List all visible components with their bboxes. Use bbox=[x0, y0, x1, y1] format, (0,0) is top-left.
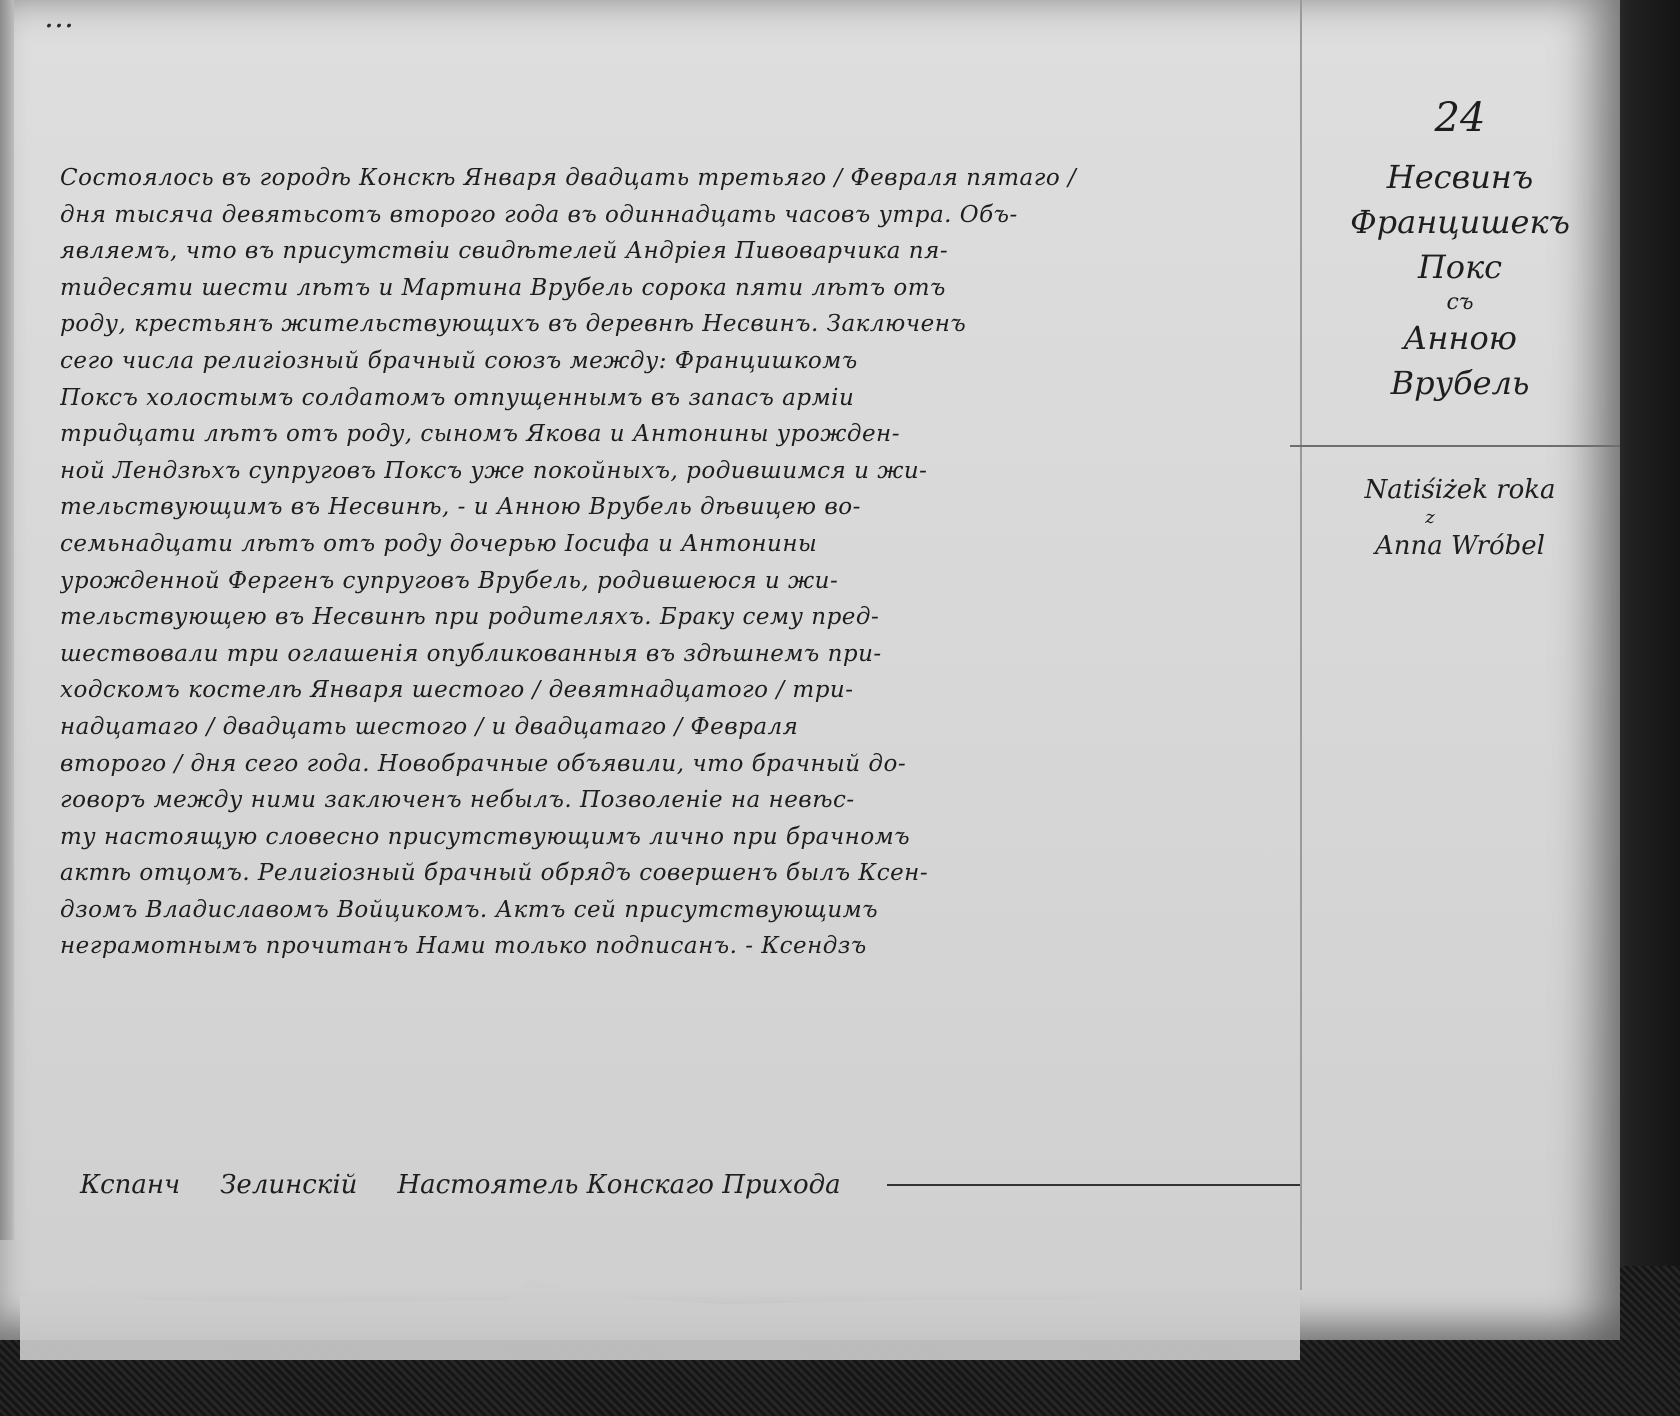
torn-paper-edge bbox=[20, 1280, 1300, 1360]
body-line: роду, крестьянъ жительствующихъ въ дерев… bbox=[60, 306, 1290, 343]
margin-groom-name: Францишекъ bbox=[1310, 200, 1610, 245]
signature: Зелинскій bbox=[220, 1170, 357, 1200]
body-line: дзомъ Владиславомъ Войцикомъ. Актъ сей п… bbox=[60, 892, 1290, 929]
margin-separator-rule bbox=[1290, 445, 1620, 447]
body-line: шествовали три оглашенія опубликованныя … bbox=[60, 636, 1290, 673]
body-line: тидесяти шести лѣтъ и Мартина Врубель со… bbox=[60, 270, 1290, 307]
body-line: неграмотнымъ прочитанъ Нами только подпи… bbox=[60, 928, 1290, 965]
body-line: тельствующимъ въ Несвинѣ, - и Анною Вруб… bbox=[60, 489, 1290, 526]
annotation-line: Anna Wróbel bbox=[1300, 526, 1620, 566]
body-line: ходскомъ костелѣ Января шестого / девятн… bbox=[60, 672, 1290, 709]
annotation-line: Natiśiżek roka bbox=[1300, 470, 1620, 510]
body-line: Поксъ холостымъ солдатомъ отпущеннымъ въ… bbox=[60, 380, 1290, 417]
record-body: Состоялось въ городѣ Конскѣ Января двадц… bbox=[60, 160, 1290, 965]
body-line: актѣ отцомъ. Религіозный брачный обрядъ … bbox=[60, 855, 1290, 892]
margin-bride-surname: Врубель bbox=[1310, 361, 1610, 406]
body-line: урожденной Фергенъ супруговъ Врубель, ро… bbox=[60, 563, 1290, 600]
signature-dash bbox=[887, 1184, 1300, 1186]
body-line: сего числа религіозный брачный союзъ меж… bbox=[60, 343, 1290, 380]
margin-heading: 24 Несвинъ Францишекъ Покс съ Анною Вруб… bbox=[1310, 95, 1610, 406]
signature: Кспанч bbox=[80, 1170, 180, 1200]
signature: Настоятель Конскаго Прихода bbox=[397, 1170, 840, 1200]
margin-connector: съ bbox=[1310, 290, 1610, 316]
page-edge bbox=[0, 0, 14, 1240]
margin-column-rule bbox=[1300, 0, 1302, 1290]
register-page: … Состоялось въ городѣ Конскѣ Января два… bbox=[0, 0, 1620, 1340]
body-line: тельствующею въ Несвинѣ при родителяхъ. … bbox=[60, 599, 1290, 636]
body-line: семьнадцати лѣтъ отъ роду дочерью Іосифа… bbox=[60, 526, 1290, 563]
body-line: ной Лендзѣхъ супруговъ Поксъ уже покойны… bbox=[60, 453, 1290, 490]
body-line: тридцати лѣтъ отъ роду, сыномъ Якова и А… bbox=[60, 416, 1290, 453]
top-fragment-text: … bbox=[44, 0, 74, 35]
annotation-superscript: z bbox=[1240, 510, 1620, 526]
body-line: ту настоящую словесно присутствующимъ ли… bbox=[60, 819, 1290, 856]
margin-village: Несвинъ bbox=[1310, 155, 1610, 200]
margin-groom-surname: Покс bbox=[1310, 245, 1610, 290]
body-line: Состоялось въ городѣ Конскѣ Января двадц… bbox=[60, 160, 1290, 197]
signature-line: Кспанч Зелинскій Настоятель Конскаго При… bbox=[80, 1170, 1300, 1200]
body-line: говоръ между ними заключенъ небылъ. Позв… bbox=[60, 782, 1290, 819]
margin-bride-name: Анною bbox=[1310, 316, 1610, 361]
body-line: являемъ, что въ присутствіи свидѣтелей А… bbox=[60, 233, 1290, 270]
margin-annotation: Natiśiżek roka z Anna Wróbel bbox=[1300, 470, 1620, 566]
body-line: надцатаго / двадцать шестого / и двадцат… bbox=[60, 709, 1290, 746]
body-line: второго / дня сего года. Новобрачные объ… bbox=[60, 746, 1290, 783]
entry-number: 24 bbox=[1310, 95, 1610, 141]
body-line: дня тысяча девятьсотъ второго года въ од… bbox=[60, 197, 1290, 234]
